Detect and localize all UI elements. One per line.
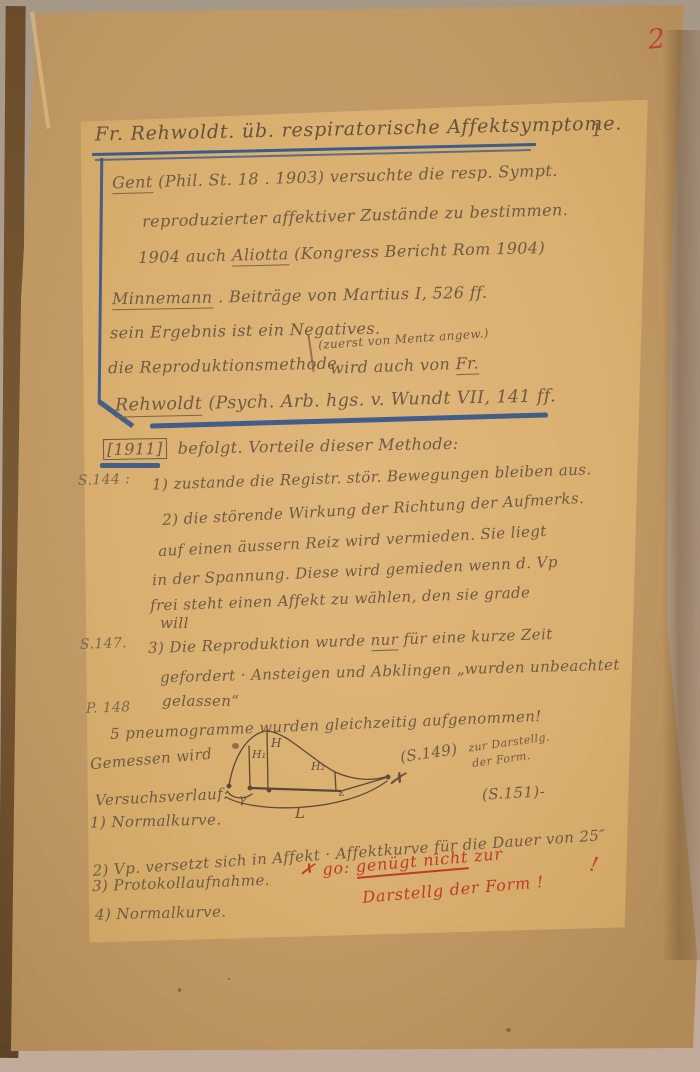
margin-s147: S.147. [80,635,128,653]
kraft-page-number: 2 [646,23,667,56]
list2-item1: 1) Normalkurve. [90,810,222,831]
diagram-label-epsilon: ε [339,786,345,799]
margin-s144: S.144 : [78,471,131,489]
line-aliotta-pre: 1904 auch [138,246,232,267]
pneumogram-sketch: H₁ H H₂ ε γ L ✗ [213,720,413,830]
note-title-page-number: 1 [591,120,604,141]
list2-item4: 4) Normalkurve. [95,902,227,923]
paper-speck [178,988,181,992]
pneumogram-sketch-svg [213,720,413,830]
year-1911-boxed: [1911] [103,438,167,460]
diagram-label-length: L [295,804,305,822]
name-fr: Fr. [455,353,479,375]
diagram-label-h: H [271,736,281,750]
diagram-label-h1: H₁ [252,748,266,761]
red-annotation-post: zur [467,844,503,866]
right-edge-shadow [662,30,700,960]
paper-speck [228,978,230,980]
word-nur-underlined: nur [370,630,398,651]
red-annotation-cross-mark: ✗ [299,859,316,881]
paper-speck [506,1028,511,1032]
diagram-label-gamma: γ [239,792,246,806]
diagram-label-h2: H₂ [311,760,325,773]
list1-item2-l5: will [160,614,189,632]
line-wird-auch-von: wird auch von Fr. [330,353,480,377]
year-1911-blue-underline [100,463,160,468]
ref-s151: (S.151)- [482,782,546,803]
margin-p148: P. 148 [86,699,131,717]
list1-item3-l3: gelassen“ [162,692,239,710]
name-minnemann: Minnemann [112,288,213,311]
name-gent: Gent [112,172,153,194]
photo-of-archival-note: 2 Fr. Rehwoldt. üb. respiratorische Affe… [0,0,700,1072]
red-annotation-pre: go: [322,857,357,879]
name-rehwoldt: Rehwoldt [115,394,203,418]
name-aliotta: Aliotta [232,244,289,266]
